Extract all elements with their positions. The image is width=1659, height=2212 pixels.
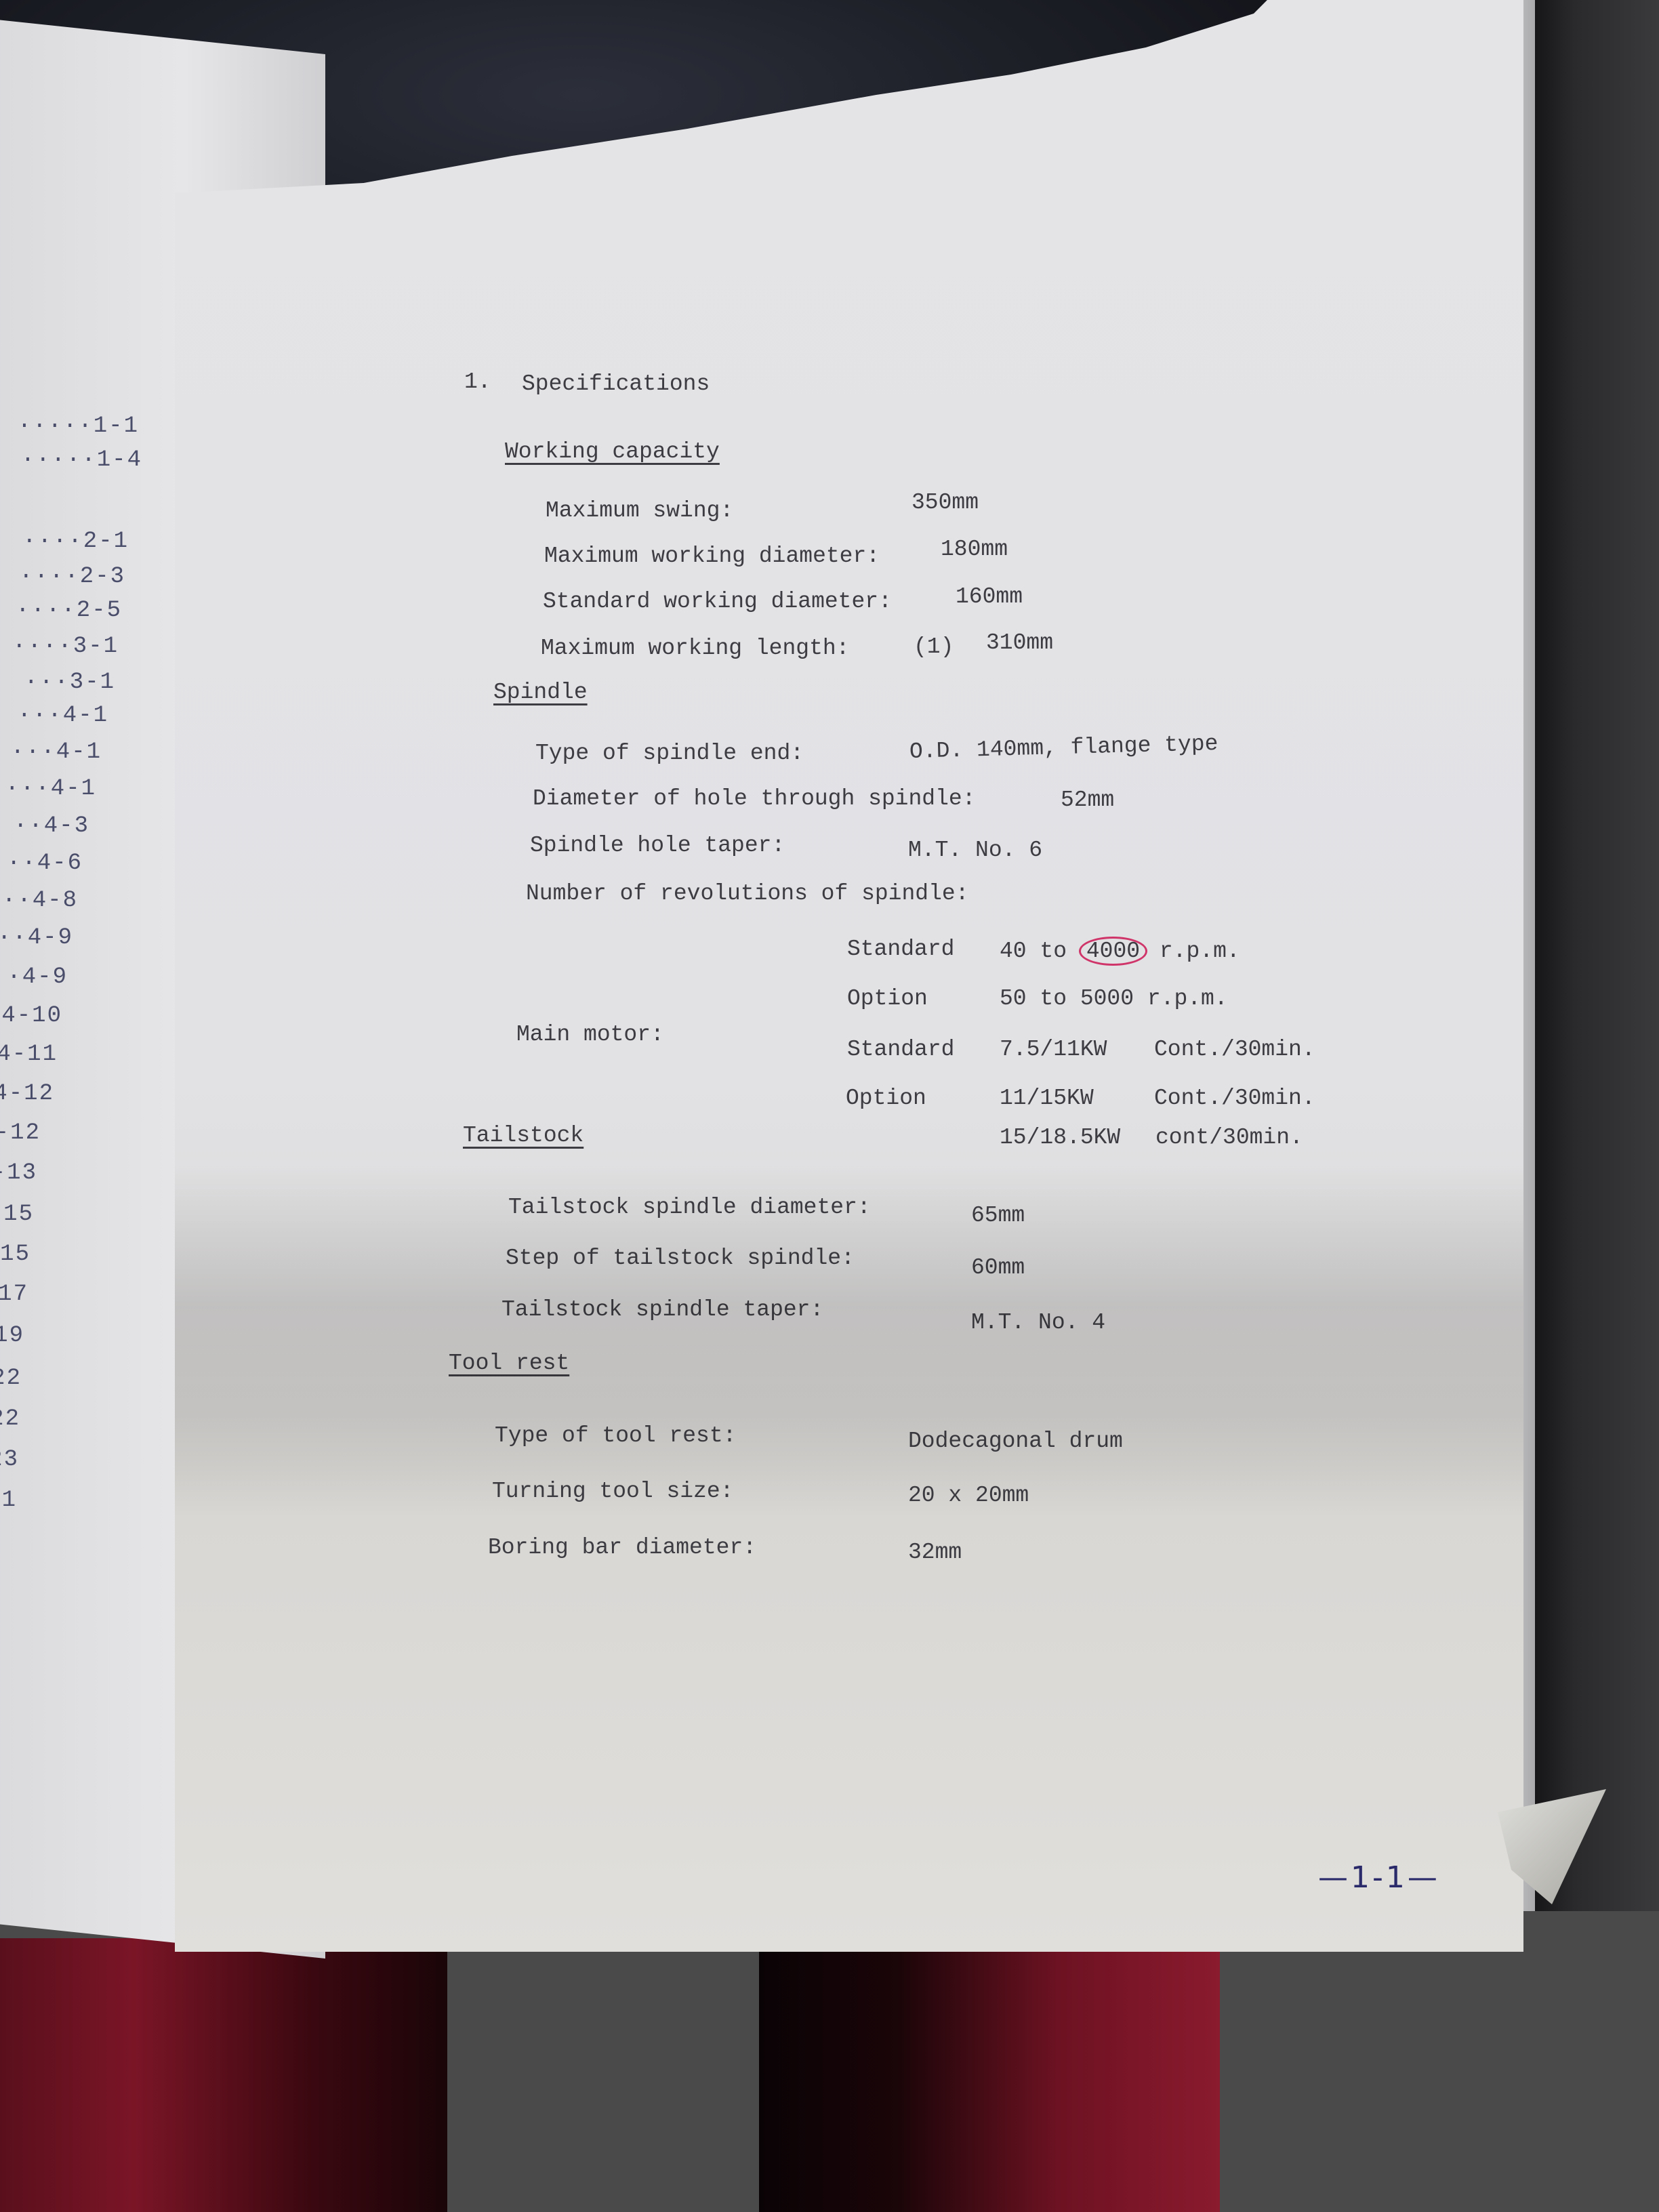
heading-tailstock: Tailstock — [463, 1123, 583, 1148]
heading-tool-rest: Tool rest — [449, 1351, 569, 1376]
spec-value: O.D. 140mm, flange type — [909, 731, 1218, 764]
motor-rating: Cont./30min. — [1154, 1086, 1315, 1111]
spec-label: Standard working diameter: — [543, 589, 892, 614]
motor-power: 11/15KW — [1000, 1086, 1094, 1111]
motor-power: 15/18.5KW — [1000, 1125, 1120, 1150]
motor-rating: Cont./30min. — [1154, 1037, 1315, 1062]
page-number: —1-1— — [1318, 1860, 1440, 1895]
spec-label: Boring bar diameter: — [488, 1535, 756, 1560]
spec-value: 60mm — [971, 1255, 1025, 1280]
motor-kind: Option — [846, 1086, 926, 1111]
spec-value: 20 x 20mm — [908, 1483, 1029, 1508]
spec-label: Turning tool size: — [492, 1479, 733, 1504]
rpm-kind: Option — [847, 986, 928, 1011]
motor-kind: Standard — [847, 1037, 954, 1062]
spec-label: Maximum swing: — [546, 498, 733, 523]
spec-value: 350mm — [912, 490, 979, 515]
main-motor-label: Main motor: — [516, 1022, 664, 1047]
spec-label: Step of tailstock spindle: — [506, 1246, 855, 1271]
heading-spindle: Spindle — [493, 680, 588, 705]
section-number: 1. — [464, 369, 491, 394]
rpm-unit: r.p.m. — [1160, 939, 1240, 964]
spec-label: Tailstock spindle diameter: — [508, 1195, 871, 1220]
spec-label: Maximum working length: — [541, 636, 849, 661]
spec-label: Maximum working diameter: — [544, 544, 880, 569]
spec-label: Diameter of hole through spindle: — [533, 786, 976, 811]
specifications-document: 1. Specifications Working capacity Maxim… — [0, 0, 1659, 2212]
spec-value: Dodecagonal drum — [908, 1429, 1123, 1454]
spec-label: Type of spindle end: — [535, 741, 804, 766]
spec-value: M.T. No. 6 — [908, 838, 1042, 863]
motor-rating: cont/30min. — [1155, 1125, 1303, 1150]
spec-value: 52mm — [1061, 787, 1114, 813]
spec-value: 310mm — [986, 630, 1053, 655]
spec-value: 32mm — [908, 1540, 962, 1565]
spec-value: 160mm — [956, 584, 1023, 609]
spec-value: M.T. No. 4 — [971, 1310, 1105, 1335]
spec-value: 65mm — [971, 1203, 1025, 1228]
section-title: Specifications — [522, 371, 710, 396]
motor-power: 7.5/11KW — [1000, 1037, 1107, 1062]
rpm-kind: Standard — [847, 937, 954, 962]
spec-note: (1) — [914, 634, 954, 659]
circled-annotation: 4000 — [1079, 937, 1147, 966]
spec-label: Number of revolutions of spindle: — [526, 881, 969, 906]
rpm-option-value: 50 to 5000 r.p.m. — [1000, 986, 1228, 1011]
heading-working-capacity: Working capacity — [505, 439, 720, 464]
spec-label: Tailstock spindle taper: — [501, 1297, 823, 1322]
rpm-from: 40 to — [1000, 939, 1067, 964]
spec-label: Type of tool rest: — [495, 1423, 736, 1448]
spec-value: 180mm — [941, 537, 1008, 562]
spec-label: Spindle hole taper: — [530, 833, 785, 858]
rpm-standard-value: 40 to 4000 r.p.m. — [1000, 937, 1240, 966]
